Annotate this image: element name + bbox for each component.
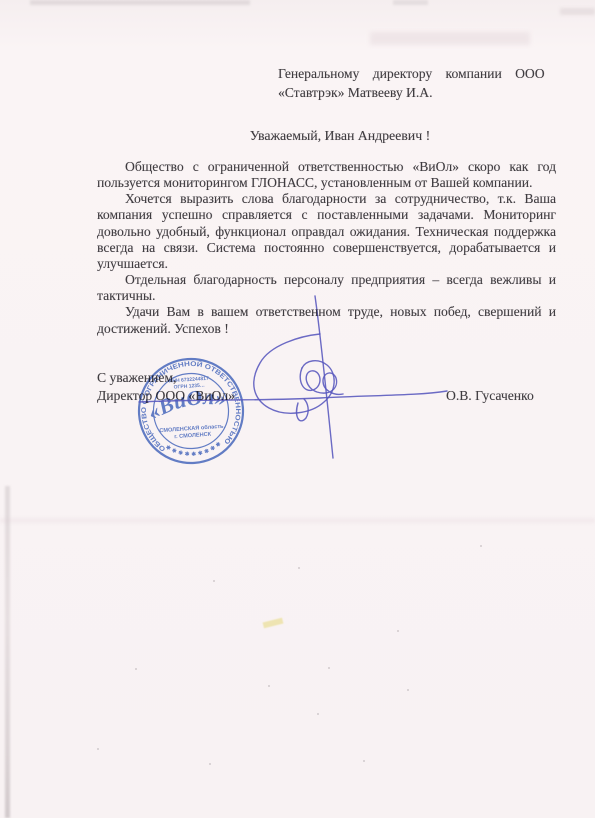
scan-smudge: [370, 32, 530, 45]
scan-speck: [97, 748, 99, 750]
scan-speck: [135, 668, 137, 670]
scan-speck: [480, 545, 482, 547]
body-paragraph: Удачи Вам в вашем ответственном труде, н…: [97, 304, 556, 336]
signature-large-loop: [254, 334, 334, 413]
scan-edge-shadow: [5, 486, 10, 818]
salutation: Уважаемый, Иван Андреевич !: [110, 128, 570, 144]
stamp-city: г. СМОЛЕНСК: [174, 432, 212, 441]
scan-speck: [407, 689, 409, 691]
closing-block: С уважением, Директор ООО «ВиОл»: [97, 369, 235, 404]
ink-layer: ОБЩЕСТВО С ОГРАНИЧЕННОЙ ОТВЕТСТВЕННОСТЬЮ…: [0, 0, 595, 818]
closing-title: Директор ООО «ВиОл»: [97, 387, 235, 405]
scan-speck: [209, 763, 211, 765]
scan-speck: [317, 713, 319, 715]
scan-smudge: [30, 0, 250, 5]
stamp-region: СМОЛЕНСКАЯ область,: [159, 423, 226, 435]
scan-speck: [268, 685, 270, 687]
body-paragraph: Хочется выразить слова благодарности за …: [97, 191, 556, 272]
scan-speck: [213, 580, 215, 582]
signature-inner-scribble: [300, 368, 343, 394]
recipient-line-2: «Ставтрэк» Матвееву И.А.: [278, 83, 558, 102]
body-paragraph: Общество с ограниченной ответственностью…: [97, 159, 556, 191]
scan-speck: [397, 630, 399, 632]
scan-smudge: [560, 8, 595, 15]
signature-tail: [297, 399, 309, 421]
recipient-block: Генеральному директору компании ООО «Ста…: [278, 64, 558, 102]
closing-regards: С уважением,: [97, 369, 235, 387]
scan-speck: [363, 760, 365, 762]
signer-name: О.В. Гусаченко: [446, 388, 534, 404]
scanned-letter-page: Генеральному директору компании ООО «Ста…: [0, 0, 595, 818]
scan-speck: [298, 567, 300, 569]
stamp-stars: ✱✱✱✱✱✱✱✱✱: [164, 440, 223, 460]
scan-fleck: [263, 618, 284, 629]
scan-speck: [328, 667, 330, 669]
letter-body: Общество с ограниченной ответственностью…: [97, 159, 556, 337]
scan-smudge: [0, 518, 595, 523]
body-paragraph: Отдельная благодарность персоналу предпр…: [97, 272, 556, 304]
scan-smudge: [393, 0, 428, 5]
recipient-line-1: Генеральному директору компании ООО: [278, 64, 558, 83]
